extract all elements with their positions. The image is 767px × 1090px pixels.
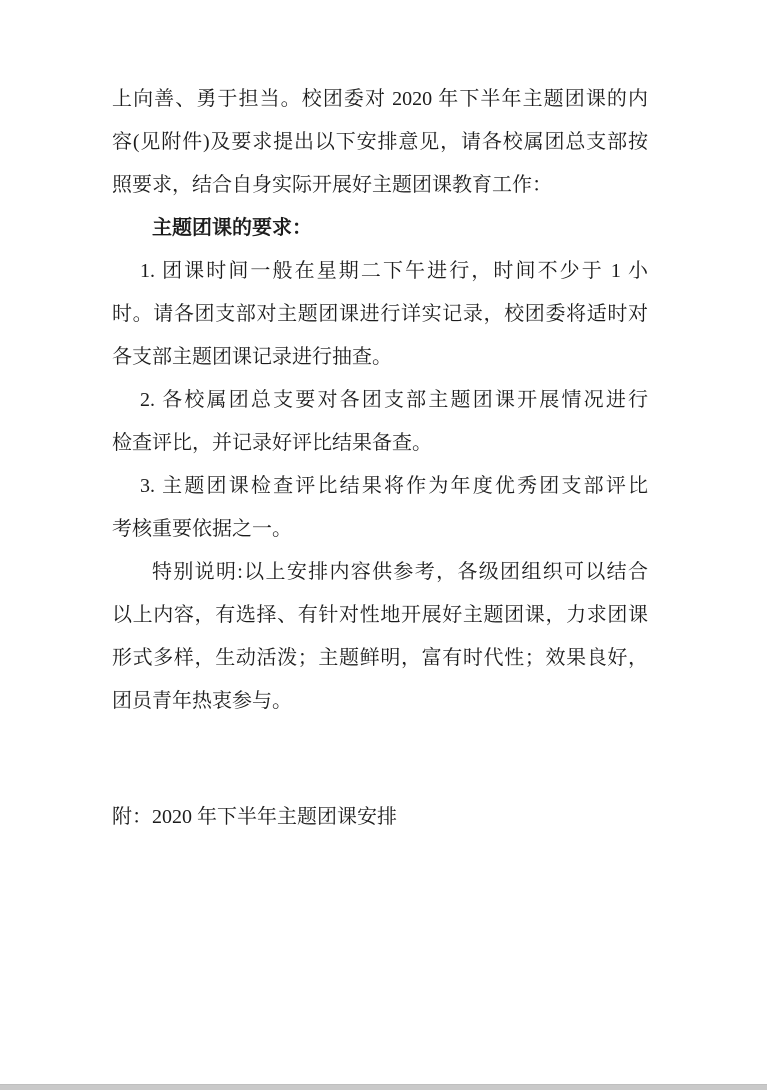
text-line: 以上内容，有选择、有针对性地开展好主题团课，力求团课 (112, 594, 648, 637)
text-line: 特别说明:以上安排内容供参考，各级团组织可以结合 (112, 551, 648, 594)
text-line: 1. 团课时间一般在星期二下午进行，时间不少于 1 小 (112, 250, 648, 293)
document-page: 上向善、勇于担当。校团委对 2020 年下半年主题团课的内容(见附件)及要求提出… (0, 0, 767, 1090)
page-bottom-edge (0, 1084, 767, 1090)
text-line: 照要求，结合自身实际开展好主题团课教育工作： (112, 164, 648, 207)
text-line: 检查评比，并记录好评比结果备查。 (112, 422, 648, 465)
paragraph-gap (112, 723, 648, 796)
text-line: 形式多样，生动活泼；主题鲜明，富有时代性；效果良好， (112, 637, 648, 680)
text-line: 3. 主题团课检查评比结果将作为年度优秀团支部评比 (112, 465, 648, 508)
attachment-line: 附：2020 年下半年主题团课安排 (112, 796, 648, 839)
text-line: 时。请各团支部对主题团课进行详实记录，校团委将适时对 (112, 293, 648, 336)
text-line: 各支部主题团课记录进行抽查。 (112, 336, 648, 379)
text-line: 团员青年热衷参与。 (112, 680, 648, 723)
text-line: 考核重要依据之一。 (112, 508, 648, 551)
text-line: 2. 各校属团总支要对各团支部主题团课开展情况进行 (112, 379, 648, 422)
text-line: 容(见附件)及要求提出以下安排意见，请各校属团总支部按 (112, 121, 648, 164)
heading-line: 主题团课的要求： (112, 207, 648, 250)
document-content: 上向善、勇于担当。校团委对 2020 年下半年主题团课的内容(见附件)及要求提出… (112, 78, 648, 839)
text-line: 上向善、勇于担当。校团委对 2020 年下半年主题团课的内 (112, 78, 648, 121)
